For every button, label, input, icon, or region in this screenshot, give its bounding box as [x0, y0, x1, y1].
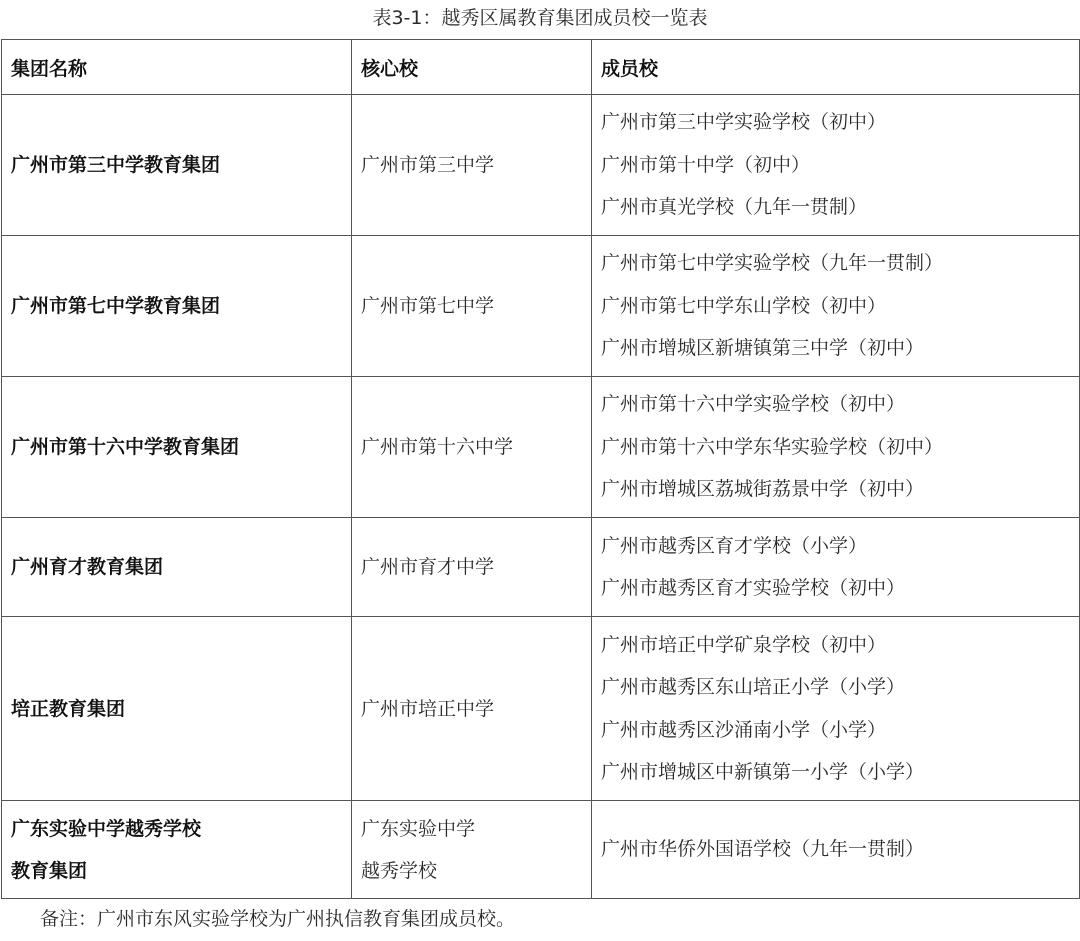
member-school: 广州市增城区中新镇第一小学（小学）	[601, 751, 1079, 794]
member-schools-cell: 广州市第七中学实验学校（九年一贯制） 广州市第七中学东山学校（初中） 广州市增城…	[592, 236, 1080, 377]
member-schools-cell: 广州市华侨外国语学校（九年一贯制）	[592, 801, 1080, 899]
core-school-cell: 广州市第七中学	[352, 236, 592, 377]
member-school: 广州市华侨外国语学校（九年一贯制）	[601, 828, 1079, 871]
group-name-line-1: 广东实验中学越秀学校	[11, 808, 351, 850]
member-school: 广州市培正中学矿泉学校（初中）	[601, 624, 1079, 667]
core-school-cell: 广东实验中学 越秀学校	[352, 801, 592, 899]
core-school: 广州市培正中学	[361, 688, 591, 730]
member-school: 广州市第十六中学实验学校（初中）	[601, 383, 1079, 426]
header-core-school: 核心校	[352, 40, 592, 95]
core-school-cell: 广州市培正中学	[352, 617, 592, 801]
core-school-cell: 广州市育才中学	[352, 518, 592, 617]
group-name: 广州育才教育集团	[11, 546, 351, 588]
member-school: 广州市越秀区东山培正小学（小学）	[601, 666, 1079, 709]
member-schools-cell: 广州市培正中学矿泉学校（初中） 广州市越秀区东山培正小学（小学） 广州市越秀区沙…	[592, 617, 1080, 801]
member-school: 广州市增城区荔城街荔景中学（初中）	[601, 468, 1079, 511]
table-caption: 表3-1：越秀区属教育集团成员校一览表	[0, 4, 1080, 32]
group-name-cell: 广州育才教育集团	[2, 518, 352, 617]
member-school: 广州市第七中学东山学校（初中）	[601, 285, 1079, 328]
group-name-cell: 广州市第七中学教育集团	[2, 236, 352, 377]
member-school: 广州市增城区新塘镇第三中学（初中）	[601, 327, 1079, 370]
member-school: 广州市越秀区沙涌南小学（小学）	[601, 709, 1079, 752]
group-name: 广州市第三中学教育集团	[11, 144, 351, 186]
core-school: 广州市第七中学	[361, 285, 591, 327]
member-schools-cell: 广州市第十六中学实验学校（初中） 广州市第十六中学东华实验学校（初中） 广州市增…	[592, 377, 1080, 518]
core-school-cell: 广州市第十六中学	[352, 377, 592, 518]
table-row: 广州市第十六中学教育集团 广州市第十六中学 广州市第十六中学实验学校（初中） 广…	[2, 377, 1080, 518]
table-row: 培正教育集团 广州市培正中学 广州市培正中学矿泉学校（初中） 广州市越秀区东山培…	[2, 617, 1080, 801]
member-school: 广州市第三中学实验学校（初中）	[601, 101, 1079, 144]
group-name-cell: 广州市第三中学教育集团	[2, 95, 352, 236]
table-row: 广州市第三中学教育集团 广州市第三中学 广州市第三中学实验学校（初中） 广州市第…	[2, 95, 1080, 236]
table-header-row: 集团名称 核心校 成员校	[2, 40, 1080, 95]
header-member-schools: 成员校	[592, 40, 1080, 95]
member-school: 广州市越秀区育才实验学校（初中）	[601, 567, 1079, 610]
core-school: 广州市第三中学	[361, 144, 591, 186]
member-school: 广州市越秀区育才学校（小学）	[601, 525, 1079, 568]
table-row: 广州育才教育集团 广州市育才中学 广州市越秀区育才学校（小学） 广州市越秀区育才…	[2, 518, 1080, 617]
header-group-name: 集团名称	[2, 40, 352, 95]
group-name-cell: 培正教育集团	[2, 617, 352, 801]
table-row: 广东实验中学越秀学校 教育集团 广东实验中学 越秀学校 广州市华侨外国语学校（九…	[2, 801, 1080, 899]
core-school-line-2: 越秀学校	[361, 850, 591, 892]
group-name: 广州市第七中学教育集团	[11, 285, 351, 327]
member-school: 广州市真光学校（九年一贯制）	[601, 186, 1079, 229]
group-name-line-2: 教育集团	[11, 850, 351, 892]
member-schools-cell: 广州市第三中学实验学校（初中） 广州市第十中学（初中） 广州市真光学校（九年一贯…	[592, 95, 1080, 236]
education-groups-table: 集团名称 核心校 成员校 广州市第三中学教育集团 广州市第三中学 广州市第三中学…	[1, 39, 1080, 899]
group-name-cell: 广东实验中学越秀学校 教育集团	[2, 801, 352, 899]
group-name-cell: 广州市第十六中学教育集团	[2, 377, 352, 518]
footnote: 备注：广州市东风实验学校为广州执信教育集团成员校。	[40, 904, 515, 934]
member-school: 广州市第十六中学东华实验学校（初中）	[601, 426, 1079, 469]
group-name: 广州市第十六中学教育集团	[11, 426, 351, 468]
core-school: 广州市育才中学	[361, 546, 591, 588]
core-school-line-1: 广东实验中学	[361, 808, 591, 850]
table-row: 广州市第七中学教育集团 广州市第七中学 广州市第七中学实验学校（九年一贯制） 广…	[2, 236, 1080, 377]
member-school: 广州市第十中学（初中）	[601, 144, 1079, 187]
group-name: 培正教育集团	[11, 688, 351, 730]
member-school: 广州市第七中学实验学校（九年一贯制）	[601, 242, 1079, 285]
core-school: 广州市第十六中学	[361, 426, 591, 468]
core-school-cell: 广州市第三中学	[352, 95, 592, 236]
member-schools-cell: 广州市越秀区育才学校（小学） 广州市越秀区育才实验学校（初中）	[592, 518, 1080, 617]
